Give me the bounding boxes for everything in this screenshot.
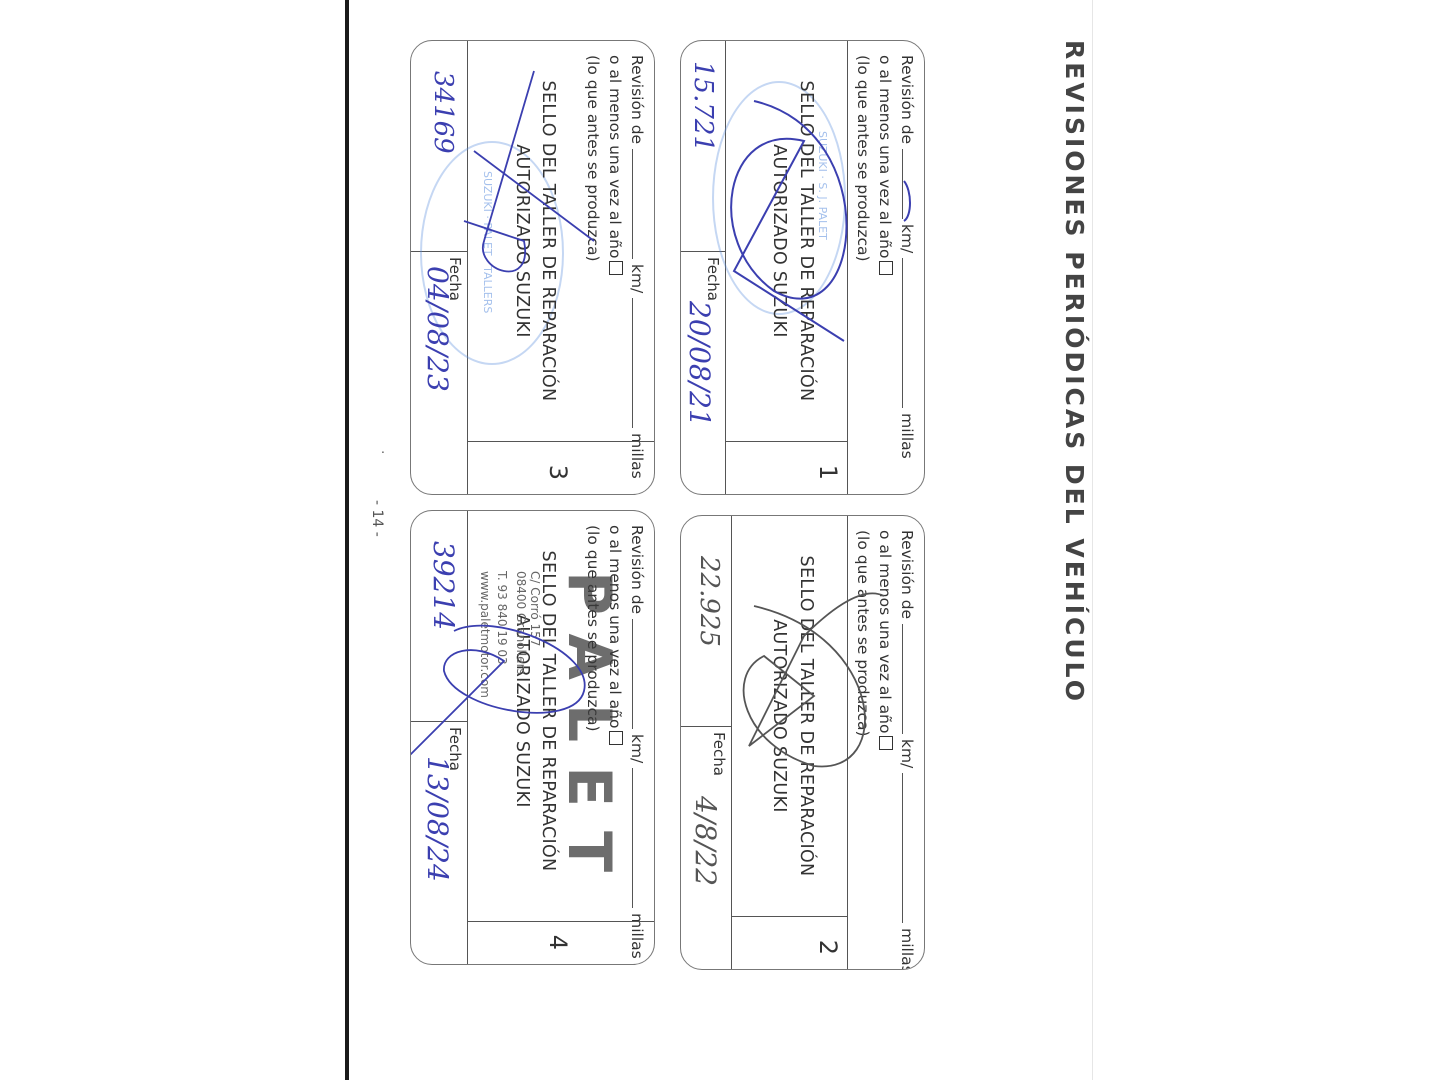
sello-label-2: AUTORIZADO SUZUKI (769, 516, 789, 916)
revision-label: Revisión de (628, 525, 646, 614)
yearly-checkbox[interactable] (609, 261, 623, 275)
yearly-checkbox[interactable] (879, 736, 893, 750)
lo-que-antes-label: (lo que antes se produzca) (854, 55, 872, 262)
date-handwritten: 20/08/21 (683, 301, 716, 427)
divider (847, 41, 848, 494)
page-number: - 14 - (369, 500, 385, 537)
palet-web: www.paletmotor.com (478, 571, 492, 698)
km-blank (632, 149, 633, 259)
millas-label: millas (898, 413, 916, 459)
page-title: REVISIONES PERIÓDICAS DEL VEHÍCULO (1060, 40, 1089, 704)
divider (467, 511, 468, 964)
fecha-label: Fecha (704, 257, 722, 301)
date-handwritten: 04/08/23 (421, 266, 454, 392)
palet-city: 08400 Granollers (514, 571, 528, 675)
revision-box-4: Revisión de km/ millas o al menos una ve… (410, 510, 655, 965)
divider (468, 441, 654, 442)
millas-blank (632, 298, 633, 428)
page-dot: · (374, 450, 390, 454)
millas-label: millas (628, 913, 646, 959)
sello-label: SELLO DEL TALLER DE REPARACIÓN (796, 516, 816, 916)
km-handwritten: 22.925 (694, 556, 724, 647)
palet-stamp-logo: PALET (554, 571, 624, 896)
revision-number: 4 (544, 935, 572, 950)
palet-address: C/ Corró 157 (528, 571, 542, 646)
lo-que-antes-label: (lo que antes se produzca) (584, 55, 602, 262)
revision-box-3: Revisión de km/ millas o al menos una ve… (410, 40, 655, 495)
km-label: km/ (898, 224, 916, 253)
revision-label: Revisión de (628, 55, 646, 144)
revision-label: Revisión de (898, 530, 916, 619)
km-label: km/ (898, 739, 916, 768)
revision-number: 3 (544, 465, 572, 480)
palet-phone: T. 93 840 19 03 (495, 571, 509, 665)
divider (468, 921, 654, 922)
divider (731, 516, 732, 969)
km-label: km/ (628, 264, 646, 293)
km-handwritten: 39214 (427, 541, 460, 630)
km-label: km/ (628, 734, 646, 763)
divider (680, 726, 732, 727)
divider (847, 516, 848, 969)
revision-label: Revisión de (898, 55, 916, 144)
fecha-label: Fecha (710, 732, 728, 776)
revision-number: 2 (814, 940, 842, 955)
al-menos-label: o al menos una vez al año (606, 55, 624, 258)
millas-blank (632, 768, 633, 908)
divider (726, 441, 848, 442)
yearly-checkbox[interactable] (879, 261, 893, 275)
millas-blank (902, 773, 903, 923)
km-blank (902, 149, 903, 219)
stamp-text: SUZUKI · S. J. PALET (816, 131, 829, 240)
sello-label-2: AUTORIZADO SUZUKI (769, 41, 789, 441)
km-blank (902, 624, 903, 734)
lo-que-antes-label: (lo que antes se produzca) (854, 530, 872, 737)
sello-label: SELLO DEL TALLER DE REPARACIÓN (796, 41, 816, 441)
km-blank (632, 619, 633, 729)
millas-blank (902, 258, 903, 408)
revision-box-1: Revisión de km/ millas o al menos una ve… (680, 40, 925, 495)
al-menos-label: o al menos una vez al año (876, 530, 894, 733)
date-handwritten: 4/8/22 (689, 796, 722, 886)
divider (732, 916, 848, 917)
al-menos-label: o al menos una vez al año (876, 55, 894, 258)
revision-box-2: Revisión de km/ millas o al menos una ve… (680, 515, 925, 970)
km-handwritten: 34169 (428, 71, 458, 154)
sello-label-2: AUTORIZADO SUZUKI (512, 41, 532, 441)
stamp-text: SUZUKI · PALET · TALLERS (481, 171, 494, 313)
millas-label: millas (898, 928, 916, 970)
document-page: REVISIONES PERIÓDICAS DEL VEHÍCULO Revis… (345, 0, 1095, 1080)
revision-number: 1 (814, 465, 842, 480)
sello-label: SELLO DEL TALLER DE REPARACIÓN (538, 41, 558, 441)
km-handwritten: 15.721 (688, 61, 718, 152)
date-handwritten: 13/08/24 (421, 756, 454, 882)
divider (410, 721, 468, 722)
millas-label: millas (628, 433, 646, 479)
